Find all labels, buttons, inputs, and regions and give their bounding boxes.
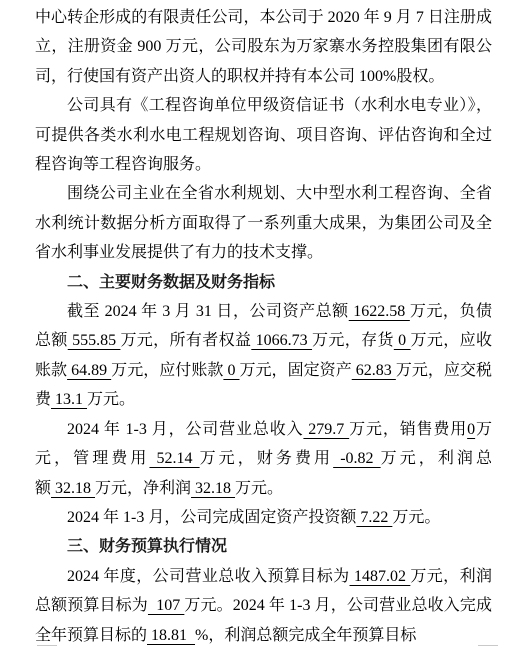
paragraph-certificate: 公司具有《工程咨询单位甲级资信证书（水利水电专业）》，可提供各类水利水电工程规划…	[35, 91, 492, 179]
underlined-value: 0	[467, 421, 475, 438]
underlined-value: 64.89	[67, 362, 111, 379]
text-run: 万元，财务费用	[200, 450, 334, 467]
text-run: 2024 年度，公司营业总收入预算目标为	[67, 568, 350, 585]
paragraph-balance-sheet-figures: 截至 2024 年 3 月 31 日，公司资产总额 1622.58 万元，负债总…	[35, 297, 492, 415]
text-run: 万元，销售费用	[349, 421, 467, 438]
text-run: 万元，所有者权益	[120, 332, 251, 349]
underlined-value: 1066.73	[251, 332, 312, 349]
underlined-value: 18.81	[147, 627, 195, 644]
paragraph-income-figures: 2024 年 1-3 月，公司营业总收入 279.7 万元，销售费用0万元，管理…	[35, 415, 492, 503]
text-run: 围绕公司主业在全省水利规划、大中型水利工程咨询、全省水利统计数据分析方面取得了一…	[35, 185, 492, 261]
paragraph-company-registration: 中心转企形成的有限责任公司，本公司于 2020 年 9 月 7 日注册成立，注册…	[35, 3, 492, 91]
text-run: 万元，固定资产	[239, 362, 351, 379]
underlined-value: 1622.58	[349, 303, 410, 320]
section-heading-budget-execution: 三、财务预算执行情况	[35, 532, 492, 561]
text-run: 中心转企形成的有限责任公司，本公司于 2020 年 9 月 7 日注册成立，注册…	[35, 9, 492, 85]
text-run: 二、主要财务数据及财务指标	[67, 274, 275, 291]
underlined-value: 32.18	[51, 480, 95, 497]
text-run: 2024 年 1-3 月，公司营业总收入	[67, 421, 303, 438]
underlined-value: 13.1	[51, 391, 87, 408]
paragraph-budget-targets: 2024 年度，公司营业总收入预算目标为 1487.02 万元，利润总额预算目标…	[35, 562, 492, 648]
text-run: 截至 2024 年 3 月 31 日，公司资产总额	[67, 303, 349, 320]
underlined-value: 1487.02	[350, 568, 411, 585]
section-heading-financial-data: 二、主要财务数据及财务指标	[35, 268, 492, 297]
text-run: 2024 年 1-3 月，公司完成固定资产投资额	[67, 509, 356, 526]
underlined-value: 0	[223, 362, 239, 379]
text-run: 万元，净利润	[95, 480, 191, 497]
text-run: 万元。	[87, 391, 135, 408]
underlined-value: 555.85	[68, 332, 121, 349]
margin-crop-mark-right	[478, 645, 498, 646]
underlined-value: 52.14	[149, 450, 199, 467]
text-run: 万元，存货	[312, 332, 394, 349]
text-run: 三、财务预算执行情况	[67, 538, 227, 555]
paragraph-achievements: 围绕公司主业在全省水利规划、大中型水利工程咨询、全省水利统计数据分析方面取得了一…	[35, 179, 492, 267]
underlined-value: 107	[148, 597, 184, 614]
text-run: 公司具有《工程咨询单位甲级资信证书（水利水电专业）》，可提供各类水利水电工程规划…	[35, 97, 492, 173]
margin-crop-mark-left	[37, 645, 57, 646]
text-run: 万元，应付账款	[111, 362, 223, 379]
text-run: 万元。	[235, 480, 283, 497]
underlined-value: 7.22	[356, 509, 392, 526]
text-run: 万元。	[392, 509, 440, 526]
underlined-value: 0	[394, 332, 411, 349]
text-run: %，利润总额完成全年预算目标	[195, 627, 416, 644]
underlined-value: -0.82	[333, 450, 380, 467]
underlined-value: 62.83	[352, 362, 396, 379]
document-page: 中心转企形成的有限责任公司，本公司于 2020 年 9 月 7 日注册成立，注册…	[0, 0, 527, 648]
underlined-value: 279.7	[303, 421, 349, 438]
paragraph-fixed-asset-investment: 2024 年 1-3 月，公司完成固定资产投资额 7.22 万元。	[35, 503, 492, 532]
underlined-value: 32.18	[191, 480, 235, 497]
